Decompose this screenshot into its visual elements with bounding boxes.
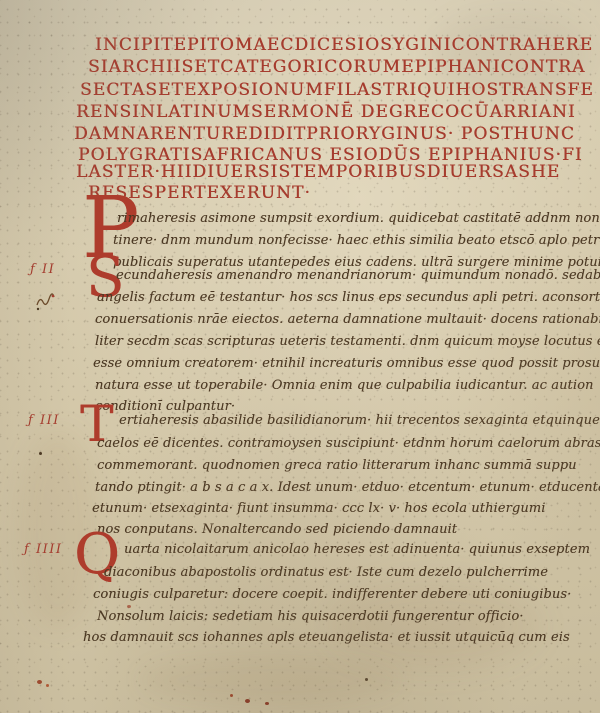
margin-number: ƒ IIII xyxy=(24,543,63,556)
text-line: conuersationis nrāe eiectos. aeterna dam… xyxy=(95,313,600,326)
ink-speck xyxy=(37,680,42,684)
text-line: commemorant. quodnomen greca ratio litte… xyxy=(97,459,577,472)
rubric-line: DAMNARENTUREDIDITPRIORYGINUS· POSTHUNC xyxy=(74,126,575,143)
text-line: liter secdm scas scripturas ueteris test… xyxy=(95,335,600,348)
rubric-line: SECTASETEXPOSIONUMFILASTRIQUIHOSTRANSFE xyxy=(80,82,594,99)
manuscript-page: INCIPITEPITOMAECDICESIOSYGINICONTRAHERE … xyxy=(0,0,600,713)
rubric-line: RENSINLATINUMSERMONĒ DEGRECOCŪARRIANI xyxy=(76,104,576,121)
text-line: uarta nicolaitarum anicolao hereses est … xyxy=(124,543,590,556)
ink-speck xyxy=(245,699,250,703)
text-line: coniugis culparetur: docere coepit. indi… xyxy=(93,588,571,601)
margin-number: ƒ III xyxy=(28,414,60,427)
text-line: nos conputans. Nonaltercando sed piciend… xyxy=(97,523,457,536)
ink-speck xyxy=(127,605,131,608)
text-line: hos damnauit scs iohannes apls eteuangel… xyxy=(83,631,570,644)
text-line: ertiaheresis abasilide basilidianorum· h… xyxy=(119,414,600,427)
text-line: esse omnium creatorem· etnihil increatur… xyxy=(93,357,600,370)
ink-speck xyxy=(230,694,233,697)
margin-dot xyxy=(39,452,42,455)
ink-speck xyxy=(365,678,368,681)
text-line: etunum· etsexaginta· fiunt insumma· ccc … xyxy=(92,502,546,515)
text-line: Nonsolum laicis: sedetiam his quisacerdo… xyxy=(97,610,524,623)
text-line: caelos eē dicentes. contramoysen suscipi… xyxy=(97,437,600,450)
text-line: tando ptingit· a b s a c a x. Idest unum… xyxy=(95,481,600,494)
text-line: conditionī culpantur· xyxy=(95,400,235,413)
rubric-line: LASTER·HIIDIUERSISTEMPORIBUSDIUERSASHE xyxy=(76,164,560,181)
rubric-line: SIARCHIISETCATEGORICORUMEPIPHANICONTRA xyxy=(88,59,585,76)
margin-number: ƒ II xyxy=(30,263,55,276)
nota-mark-icon xyxy=(34,292,58,316)
ink-speck xyxy=(46,684,49,687)
text-line: tinere· dnm mundum nonfecisse· haec ethi… xyxy=(113,234,600,247)
text-line: natura esse ut toperabile· Omnia enim qu… xyxy=(95,379,594,392)
text-line: diaconibus abapostolis ordinatus est· Is… xyxy=(104,566,548,579)
text-line: angelis factum eē testantur· hos scs lin… xyxy=(97,291,600,304)
text-line: ecundaheresis amenandro menandrianorum· … xyxy=(116,269,600,282)
stain xyxy=(140,655,400,705)
ink-speck xyxy=(265,702,269,705)
text-line: rimaheresis asimone sumpsit exordium. qu… xyxy=(117,212,600,225)
rubric-line: INCIPITEPITOMAECDICESIOSYGINICONTRAHERE xyxy=(95,37,593,54)
